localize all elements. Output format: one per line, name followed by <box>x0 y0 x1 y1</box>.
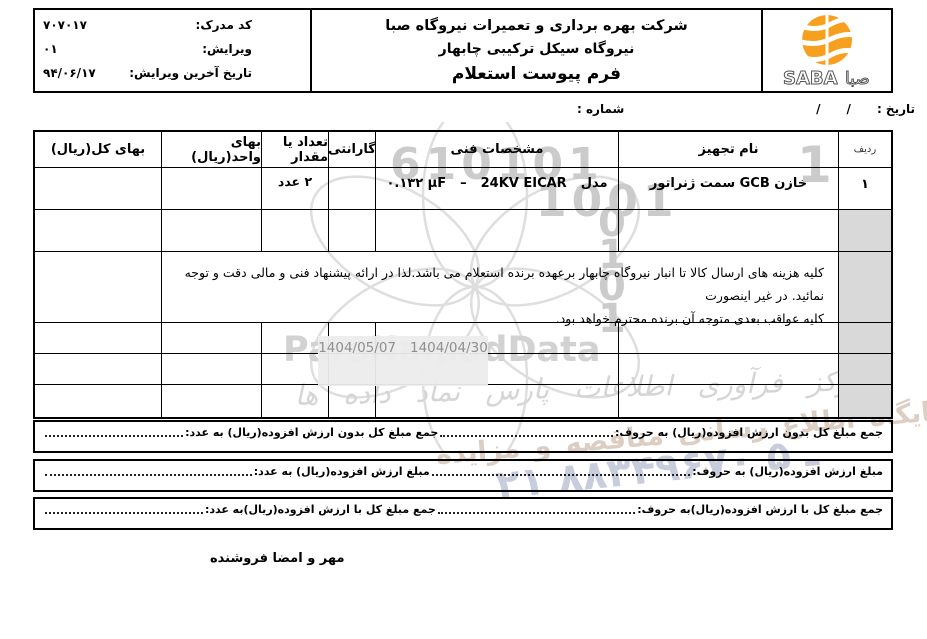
col-total-price: بهای کل(ریال) <box>35 132 161 168</box>
vat-words-label: مبلغ ارزش افزوده(ریال) به حروف: <box>692 464 883 479</box>
dotted-fill-line <box>440 435 613 437</box>
revision-label: ویرایش: <box>202 42 252 56</box>
row5-total-price-cell <box>35 385 161 417</box>
logo-box: SABA صبا <box>761 10 891 91</box>
inquiry-form-page: 610101 1 1001 0 1 0 1 ParsNamadData مرکز… <box>0 0 927 639</box>
doc-code-value: ۷۰۷۰۱۷ <box>43 18 87 32</box>
header-titles: شرکت بهره برداری و تعمیرات نیروگاه صبا ن… <box>312 10 761 91</box>
total-with-vat-digits-label: جمع مبلغ کل با ارزش افزوده(ریال)به عدد: <box>205 502 436 517</box>
company-name: شرکت بهره برداری و تعمیرات نیروگاه صبا <box>385 18 688 34</box>
row2-total-price-cell <box>35 210 161 252</box>
number-line: شماره : <box>577 102 624 116</box>
note-text-cell: کلیه هزینه های ارسال کالا تا انبار نیروگ… <box>161 252 838 323</box>
spec-model: 24KV EICAR <box>481 176 567 209</box>
date-slash-2: / <box>816 102 820 116</box>
row5-warranty-cell <box>328 385 375 417</box>
row5-equipment-cell <box>618 385 838 417</box>
row4-total-price-cell <box>35 354 161 385</box>
note-line-1: کلیه هزینه های ارسال کالا تا انبار نیروگ… <box>172 261 824 307</box>
row2-spec-cell <box>375 210 618 252</box>
revision-value: ۰۱ <box>43 42 58 56</box>
row3-number-cell <box>838 323 891 354</box>
date-label: تاریخ : <box>877 102 915 116</box>
row1-qty: ۲ عدد <box>261 168 328 210</box>
dotted-fill-line <box>45 474 252 476</box>
seller-seal-label: مهر و امضا فروشنده <box>210 551 345 566</box>
last-revision-row: تاریخ آخرین ویرایش: ۹۴/۰۶/۱۷ <box>43 66 252 90</box>
row3-unit-price-cell <box>161 323 261 354</box>
dotted-fill-line <box>432 474 690 476</box>
logo-latin-text: SABA <box>783 68 838 89</box>
row1-warranty-cell <box>328 168 375 210</box>
row5-unit-price-cell <box>161 385 261 417</box>
plant-name: نیروگاه سیکل ترکیبی چابهار <box>439 41 635 57</box>
doc-code-label: کد مدرک: <box>196 18 252 32</box>
row4-equipment-cell <box>618 354 838 385</box>
note-row: کلیه هزینه های ارسال کالا تا انبار نیروگ… <box>35 252 891 323</box>
spec-capacity: ۰.۱۳۲ μF <box>386 176 446 209</box>
total-with-vat-words-label: جمع مبلغ کل با ارزش افزوده(ریال)به حروف: <box>637 502 883 517</box>
table-row-1: ۱ خازن GCB سمت ژنراتور ۰.۱۳۲ μF – 24KV E… <box>35 168 891 210</box>
row4-number-cell <box>838 354 891 385</box>
vat-amount-row: مبلغ ارزش افزوده(ریال) به حروف: مبلغ ارز… <box>33 459 893 492</box>
dotted-fill-line <box>45 512 203 514</box>
revision-row: ویرایش: ۰۱ <box>43 42 252 66</box>
row3-total-price-cell <box>35 323 161 354</box>
spec-model-label: مدل <box>581 176 608 209</box>
col-row-number: ردیف <box>838 132 891 168</box>
stamp-date-right: 1404/04/30 <box>410 340 488 386</box>
document-codes-box: کد مدرک: ۷۰۷۰۱۷ ویرایش: ۰۱ تاریخ آخرین و… <box>35 10 312 91</box>
total-with-vat-row: جمع مبلغ کل با ارزش افزوده(ریال)به حروف:… <box>33 497 893 530</box>
dotted-fill-line <box>438 512 635 514</box>
last-revision-label: تاریخ آخرین ویرایش: <box>129 66 252 80</box>
form-title: فرم پیوست استعلام <box>452 64 621 84</box>
row5-number-cell <box>838 385 891 417</box>
col-qty: تعداد یا مقدار <box>261 132 328 168</box>
form-header: کد مدرک: ۷۰۷۰۱۷ ویرایش: ۰۱ تاریخ آخرین و… <box>33 8 893 93</box>
note-total-price-cell <box>35 252 161 323</box>
total-without-vat-words-label: جمع مبلغ کل بدون ارزش افزوده(ریال) به حر… <box>615 425 883 440</box>
total-without-vat-row: جمع مبلغ کل بدون ارزش افزوده(ریال) به حر… <box>33 420 893 453</box>
note-number-cell <box>838 252 891 323</box>
doc-code-row: کد مدرک: ۷۰۷۰۱۷ <box>43 18 252 42</box>
row5-qty-cell <box>261 385 328 417</box>
date-stamp-overlay: 1404/05/07 1404/04/30 <box>318 336 488 386</box>
col-spec: مشخصات فنی <box>375 132 618 168</box>
logo-farsi-text: صبا <box>845 69 870 89</box>
form-content: کد مدرک: ۷۰۷۰۱۷ ویرایش: ۰۱ تاریخ آخرین و… <box>0 0 927 639</box>
row1-total-price-cell <box>35 168 161 210</box>
row3-equipment-cell <box>618 323 838 354</box>
row2-unit-price-cell <box>161 210 261 252</box>
row1-number: ۱ <box>838 168 891 210</box>
row2-qty-cell <box>261 210 328 252</box>
last-revision-value: ۹۴/۰۶/۱۷ <box>43 66 96 80</box>
row4-unit-price-cell <box>161 354 261 385</box>
row2-number-cell <box>838 210 891 252</box>
total-without-vat-digits-label: جمع مبلغ کل بدون ارزش افزوده(ریال) به عد… <box>185 425 438 440</box>
row2-equipment-cell <box>618 210 838 252</box>
row2-warranty-cell <box>328 210 375 252</box>
table-header-row: ردیف نام تجهیز مشخصات فنی گارانتی تعداد … <box>35 132 891 168</box>
table-row-2 <box>35 210 891 252</box>
date-slash-1: / <box>847 102 851 116</box>
row1-spec: ۰.۱۳۲ μF – 24KV EICAR مدل <box>375 168 618 210</box>
row1-equipment: خازن GCB سمت ژنراتور <box>618 168 838 210</box>
row5-spec-cell <box>375 385 618 417</box>
stamp-date-left: 1404/05/07 <box>318 340 396 386</box>
date-line: تاریخ : / / <box>816 102 915 116</box>
vat-digits-label: مبلغ ارزش افزوده(ریال) به عدد: <box>254 464 430 479</box>
number-label: شماره : <box>577 102 624 116</box>
dotted-fill-line <box>45 435 183 437</box>
col-unit-price: بهای واحد(ریال) <box>161 132 261 168</box>
saba-logo-icon: SABA صبا <box>777 13 877 89</box>
row1-unit-price-cell <box>161 168 261 210</box>
col-equipment: نام تجهیز <box>618 132 838 168</box>
spec-dash: – <box>460 176 467 209</box>
table-row-5 <box>35 385 891 417</box>
col-warranty: گارانتی <box>328 132 375 168</box>
